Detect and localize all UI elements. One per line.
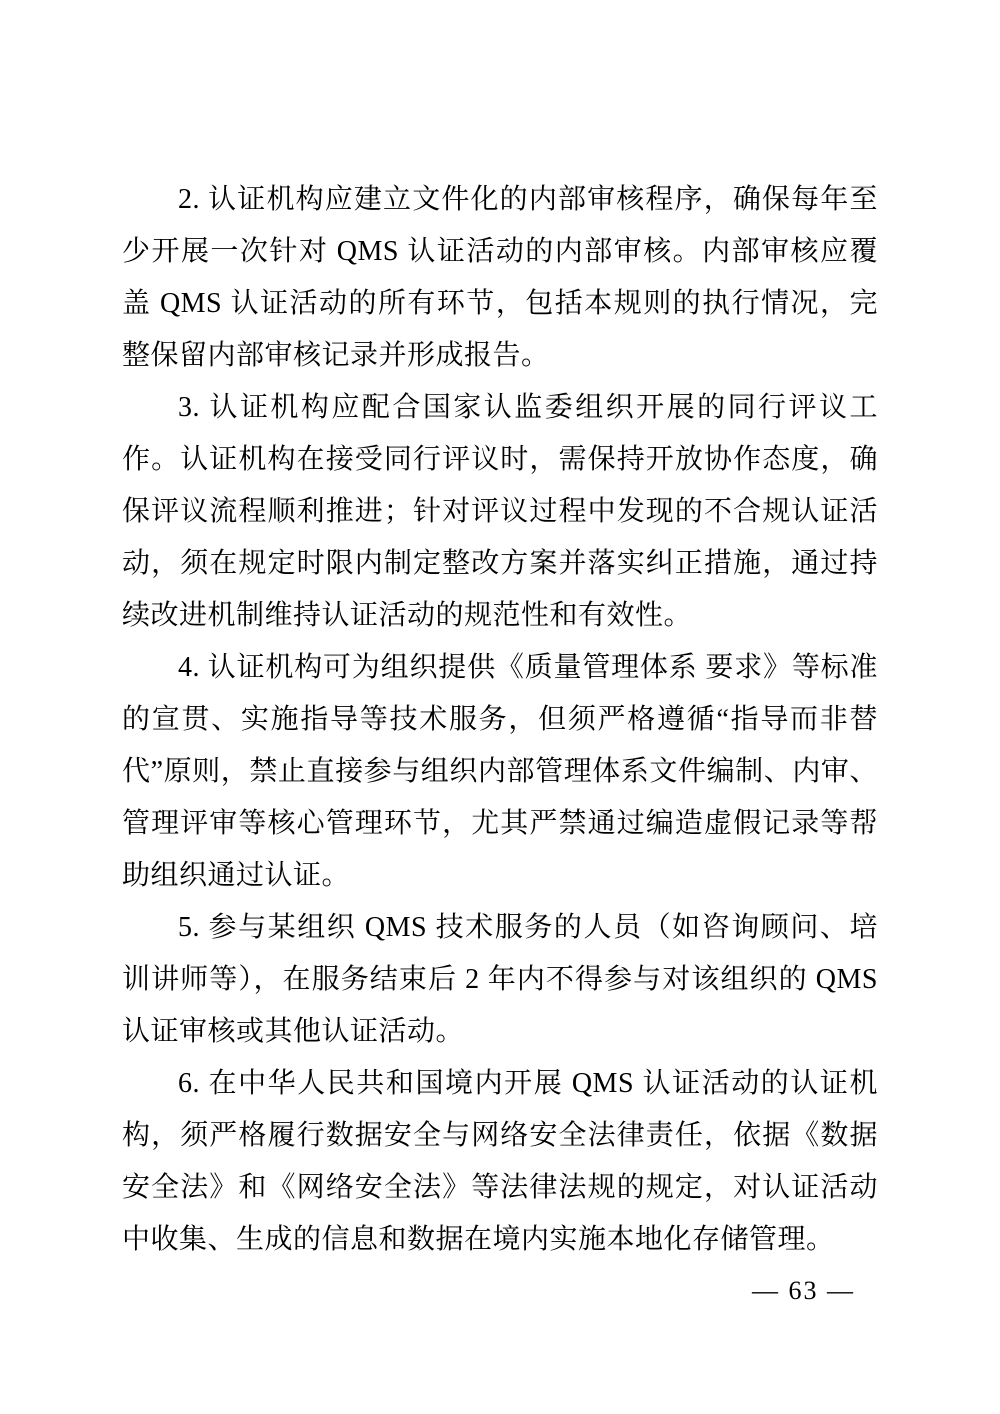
paragraph-6: 6. 在中华人民共和国境内开展 QMS 认证活动的认证机构，须严格履行数据安全与… bbox=[122, 1058, 878, 1266]
page-number: — 63 — bbox=[752, 1276, 855, 1305]
document-page: 2. 认证机构应建立文件化的内部审核程序，确保每年至少开展一次针对 QMS 认证… bbox=[0, 0, 1000, 1414]
paragraph-5: 5. 参与某组织 QMS 技术服务的人员（如咨询顾问、培训讲师等），在服务结束后… bbox=[122, 902, 878, 1058]
paragraph-3: 3. 认证机构应配合国家认监委组织开展的同行评议工作。认证机构在接受同行评议时，… bbox=[122, 382, 878, 642]
page-footer: — 63 — bbox=[752, 1276, 855, 1306]
document-body: 2. 认证机构应建立文件化的内部审核程序，确保每年至少开展一次针对 QMS 认证… bbox=[122, 174, 878, 1266]
paragraph-4: 4. 认证机构可为组织提供《质量管理体系 要求》等标准的宣贯、实施指导等技术服务… bbox=[122, 642, 878, 902]
paragraph-2: 2. 认证机构应建立文件化的内部审核程序，确保每年至少开展一次针对 QMS 认证… bbox=[122, 174, 878, 382]
